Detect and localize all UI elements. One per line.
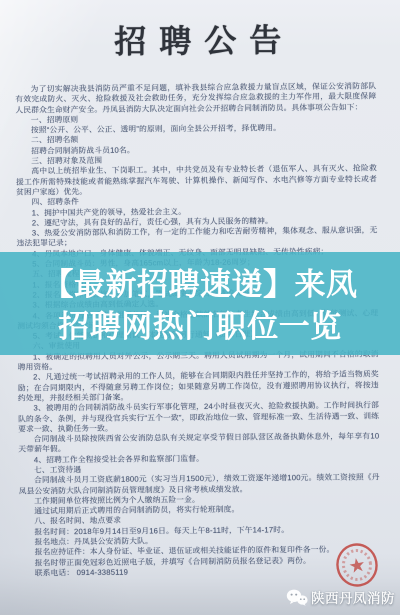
doc-paragraph: 联系电话： 0914-3385119 — [19, 565, 380, 578]
official-seal-stamp-icon — [330, 537, 384, 592]
watermark-text: 陕西丹凤消防 — [311, 587, 395, 607]
doc-paragraph: 2、凡通过统一考试招聘录用的工作人员，能够在合同期限内胜任并坚持工作的，将给予适… — [18, 370, 379, 404]
caption-line-2: 招聘网热门职位一览 — [58, 306, 342, 348]
wechat-icon — [286, 589, 308, 606]
photo-of-recruitment-notice: 招聘公告 为了切实解决我县消防员严重不足问题，填补我县综合应急救援力量盲点区域，… — [0, 0, 400, 615]
document-title: 招聘公告 — [0, 14, 398, 63]
doc-paragraph: 3、被聘用的合同制消防战斗员实行军事化管理，24小时昼夜灭火、抢险救援执勤。工作… — [18, 401, 379, 435]
doc-paragraph: 为了切实解决我县消防员严重不足问题，填补我县综合应急救援力量盲点区域，保证公安消… — [15, 81, 376, 115]
caption-overlay: 【最新招聘速递】来凤 招聘网热门职位一览 — [0, 252, 400, 355]
caption-line-1: 【最新招聘速递】来凤 — [43, 264, 358, 306]
watermark: 陕西丹凤消防 — [286, 587, 395, 607]
doc-paragraph: 高中以上统招毕业生、下岗职工。其中，中共党员及有专业特长者（退伍军人、具有灭火、… — [16, 164, 377, 198]
